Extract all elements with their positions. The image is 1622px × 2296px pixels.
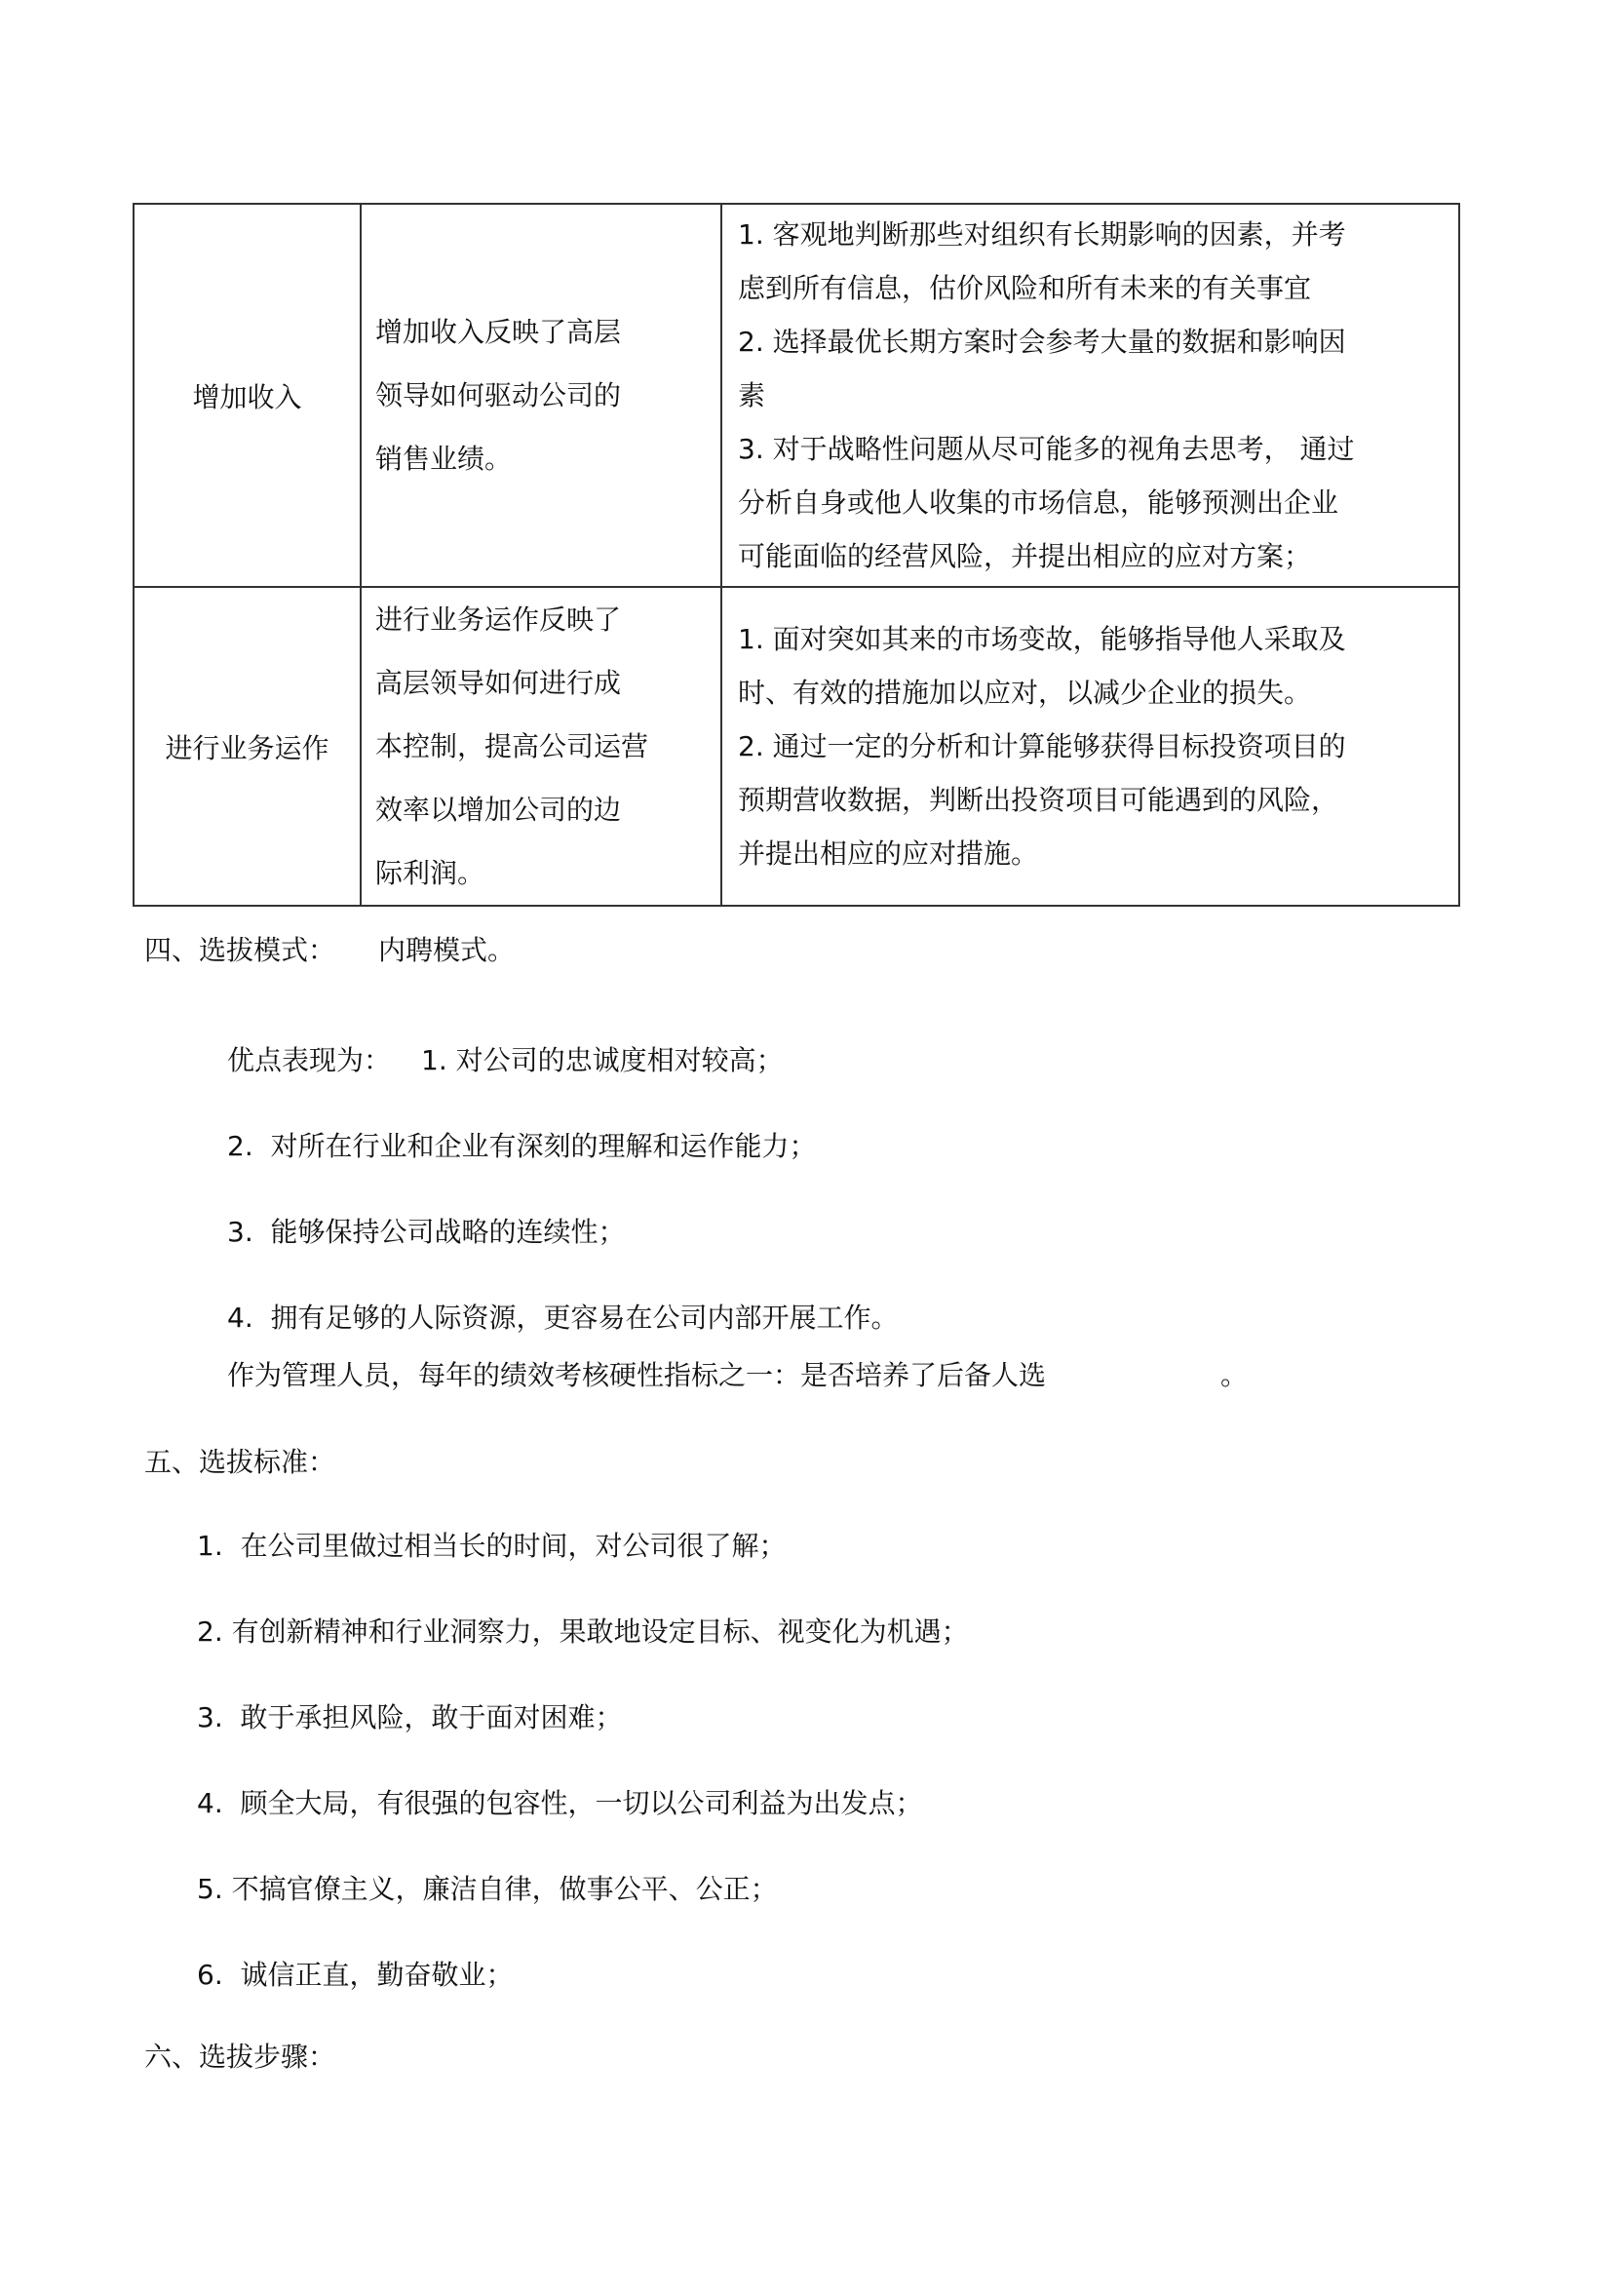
table-row: 进行业务运作 进行业务运作反映了 高层领导如何进行成 本控制，提高公司运营 效率… [134,587,1459,906]
description-line: 进行业务运作反映了 [375,588,720,651]
succession-note: 作为管理人员，每年的绩效考核硬性指标之一：是否培养了后备人选 [227,1359,1046,1392]
succession-note-end: 。 [1220,1359,1248,1392]
list-item: 2. 有创新精神和行业洞察力，果敢地设定目标、视变化为机遇； [197,1615,969,1649]
behavior-line: 1. 客观地判断那些对组织有长期影响的因素，并考 [738,208,1458,261]
table-row: 增加收入 增加收入反映了高层 领导如何驱动公司的 销售业绩。 1. 客观地判断那… [134,204,1459,587]
competency-table: 增加收入 增加收入反映了高层 领导如何驱动公司的 销售业绩。 1. 客观地判断那… [133,203,1460,907]
behavior-line: 并提出相应的应对措施。 [738,827,1458,880]
section-heading: 四、选拔模式： [144,934,335,967]
list-item: 3. 敢于承担风险，敢于面对困难； [197,1701,623,1734]
list-item: 4. 拥有足够的人际资源，更容易在公司内部开展工作。 [227,1302,899,1335]
competency-name: 进行业务运作 [165,732,328,764]
advantages-intro: 优点表现为： [227,1044,391,1077]
description-line: 本控制，提高公司运营 [375,715,720,778]
competency-name: 增加收入 [192,381,301,413]
description-line: 高层领导如何进行成 [375,651,720,715]
list-item: 4. 顾全大局，有很强的包容性，一切以公司利益为出发点； [197,1787,923,1820]
competency-name-cell: 进行业务运作 [134,587,361,906]
competency-behavior-cell: 1. 面对突如其来的市场变故，能够指导他人采取及 时、有效的措施加以应对，以减少… [721,587,1459,906]
behavior-line: 2. 通过一定的分析和计算能够获得目标投资项目的 [738,720,1458,773]
list-item: 1. 在公司里做过相当长的时间，对公司很了解； [197,1530,787,1563]
behavior-line: 分析自身或他人收集的市场信息，能够预测出企业 [738,476,1458,529]
description-line: 效率以增加公司的边 [375,778,720,841]
behavior-line: 可能面临的经营风险，并提出相应的应对方案； [738,529,1458,583]
competency-description-cell: 进行业务运作反映了 高层领导如何进行成 本控制，提高公司运营 效率以增加公司的边… [361,587,721,906]
list-item: 6. 诚信正直，勤奋敬业； [197,1959,514,1992]
behavior-line: 2. 选择最优长期方案时会参考大量的数据和影响因 [738,315,1458,369]
behavior-line: 虑到所有信息，估价风险和所有未来的有关事宜 [738,261,1458,315]
list-item: 3. 能够保持公司战略的连续性； [227,1216,626,1249]
behavior-line: 时、有效的措施加以应对，以减少企业的损失。 [738,666,1458,720]
section-heading: 六、选拔步骤： [144,2041,335,2074]
behavior-line: 1. 面对突如其来的市场变故，能够指导他人采取及 [738,612,1458,666]
behavior-line: 预期营收数据，判断出投资项目可能遇到的风险， [738,773,1458,827]
section-heading: 五、选拔标准： [144,1446,335,1479]
description-line: 际利润。 [375,841,720,905]
competency-name-cell: 增加收入 [134,204,361,587]
selection-mode-value: 内聘模式。 [378,934,515,967]
description-line: 销售业绩。 [375,427,720,490]
description-line: 增加收入反映了高层 [375,300,720,364]
behavior-line: 3. 对于战略性问题从尽可能多的视角去思考， 通过 [738,422,1458,476]
behavior-line: 素 [738,369,1458,422]
list-item: 5. 不搞官僚主义，廉洁自律，做事公平、公正； [197,1873,778,1906]
description-line: 领导如何驱动公司的 [375,364,720,427]
competency-behavior-cell: 1. 客观地判断那些对组织有长期影响的因素，并考 虑到所有信息，估价风险和所有未… [721,204,1459,587]
list-item: 2. 对所在行业和企业有深刻的理解和运作能力； [227,1130,817,1163]
competency-description-cell: 增加收入反映了高层 领导如何驱动公司的 销售业绩。 [361,204,721,587]
document-page: 增加收入 增加收入反映了高层 领导如何驱动公司的 销售业绩。 1. 客观地判断那… [0,0,1622,2296]
list-item: 1. 对公司的忠诚度相对较高； [421,1044,784,1077]
